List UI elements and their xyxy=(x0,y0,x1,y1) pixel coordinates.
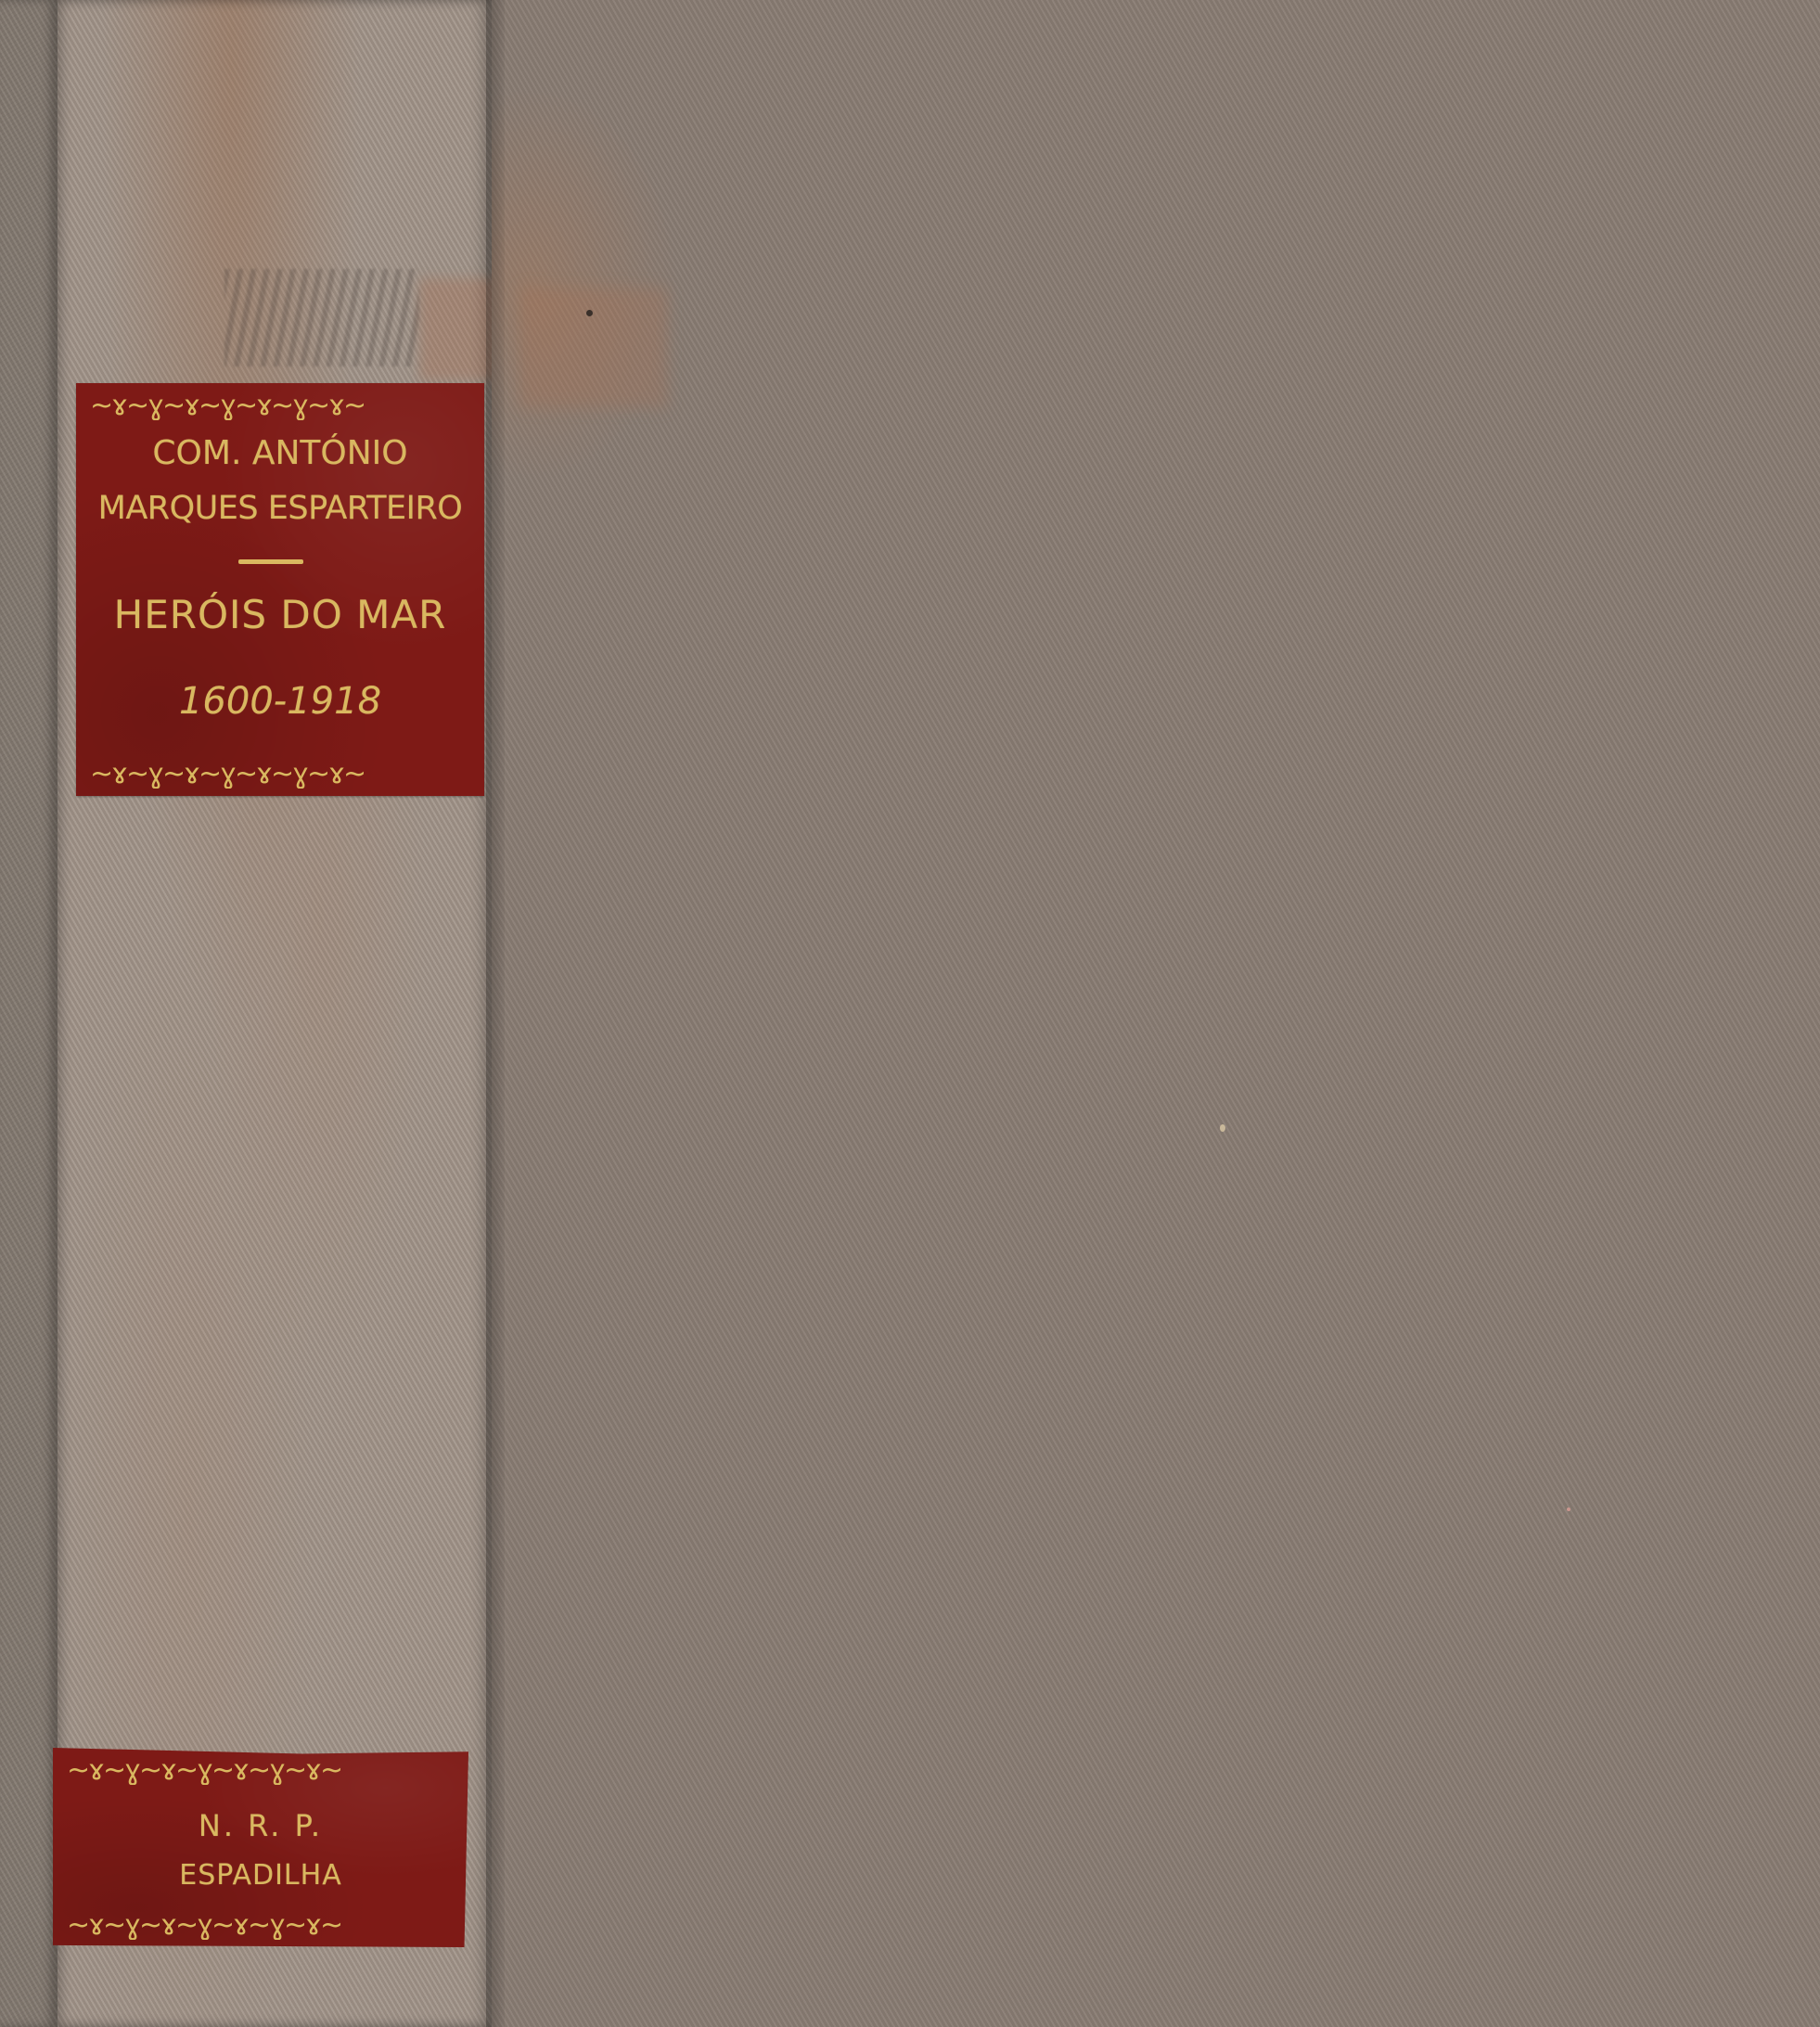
gold-ornament-border-bottom: ~ɤ~ɣ~ɤ~ɣ~ɤ~ɣ~ɤ~ xyxy=(90,761,470,789)
author-line-1: COM. ANTÓNIO xyxy=(76,434,484,472)
speck xyxy=(1567,1507,1570,1511)
book-title: HERÓIS DO MAR xyxy=(76,592,484,637)
ship-name: ESPADILHA xyxy=(53,1859,468,1892)
ornament-flourish: ~ɤ~ɣ~ɤ~ɣ~ɤ~ɣ~ɤ~ xyxy=(67,1912,341,1940)
book-dates: 1600-1918 xyxy=(76,680,484,723)
book-spine xyxy=(58,0,492,2027)
worn-old-label-remnant xyxy=(224,269,419,366)
gold-ornament-border-bottom: ~ɤ~ɣ~ɤ~ɣ~ɤ~ɣ~ɤ~ xyxy=(67,1912,455,1940)
ship-prefix: N. R. P. xyxy=(53,1808,468,1843)
spine-title-label: ~ɤ~ɣ~ɤ~ɣ~ɤ~ɣ~ɤ~ COM. ANTÓNIO MARQUES ESP… xyxy=(76,383,484,796)
speck xyxy=(1220,1124,1225,1132)
gold-ornament-border-top: ~ɤ~ɣ~ɤ~ɣ~ɤ~ɣ~ɤ~ xyxy=(90,392,470,420)
spine-ship-label: ~ɤ~ɣ~ɤ~ɣ~ɤ~ɣ~ɤ~ N. R. P. ESPADILHA ~ɤ~ɣ~… xyxy=(53,1748,468,1947)
ornament-flourish: ~ɤ~ɣ~ɤ~ɣ~ɤ~ɣ~ɤ~ xyxy=(90,392,365,420)
back-board-edge xyxy=(0,0,58,2027)
gold-rule-divider xyxy=(238,559,303,564)
stain xyxy=(519,288,668,408)
ornament-flourish: ~ɤ~ɣ~ɤ~ɣ~ɤ~ɣ~ɤ~ xyxy=(67,1757,341,1785)
speck xyxy=(586,310,593,316)
author-line-2: MARQUES ESPARTEIRO xyxy=(76,490,484,527)
ornament-flourish: ~ɤ~ɣ~ɤ~ɣ~ɤ~ɣ~ɤ~ xyxy=(90,761,365,789)
spine-hinge-shadow xyxy=(486,0,505,2027)
front-cover xyxy=(492,0,1820,2027)
gold-ornament-border-top: ~ɤ~ɣ~ɤ~ɣ~ɤ~ɣ~ɤ~ xyxy=(67,1757,455,1785)
